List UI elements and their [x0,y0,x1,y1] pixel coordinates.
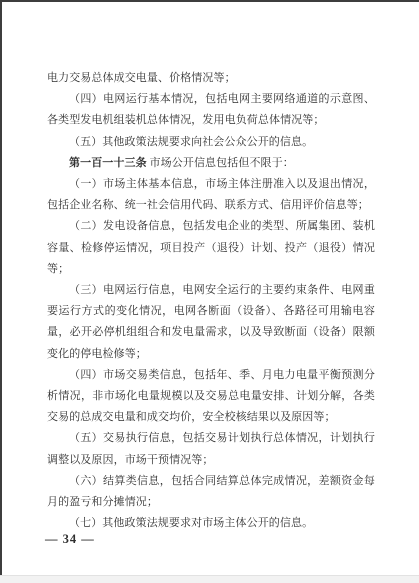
text-line: 变化的停电检修等； [47,344,375,365]
text-line: 电力交易总体成交电量、价格情况等； [47,68,375,89]
text-line: 月的盈亏和分摊情况； [47,492,375,513]
article-number: 第一百一十三条 [69,157,147,169]
text-line: （四）市场交易类信息，包括年、季、月电力电量平衡预测分 [47,365,375,386]
text-line: 各类型发电机组装机总体情况，发用电负荷总体情况等； [47,110,375,131]
page-number: — 34 — [45,532,95,547]
text-line: （五）其他政策法规要求向社会公众公开的信息。 [47,132,375,153]
text-line: 包括企业名称、统一社会信用代码、联系方式、信用评价信息等； [47,195,375,216]
document-body: 电力交易总体成交电量、价格情况等；（四）电网运行基本情况，包括电网主要网络通道的… [47,68,375,534]
text-line: 第一百一十三条 市场公开信息包括但不限于： [47,153,375,174]
page-outside-strip [0,575,419,583]
document-viewer: 电力交易总体成交电量、价格情况等；（四）电网运行基本情况，包括电网主要网络通道的… [0,0,419,583]
text-line: （四）电网运行基本情况，包括电网主要网络通道的示意图、 [47,89,375,110]
text-line: 量，必开必停机组组合和发电量需求，以及导致断面（设备）限额 [47,322,375,343]
text-line: （三）电网运行信息，电网安全运行的主要约束条件、电网重 [47,280,375,301]
text-line: 析情况，非市场化电量规模以及交易总电量安排、计划分解，各类 [47,386,375,407]
text-line: 调整以及原因，市场干预情况等； [47,450,375,471]
text-line: 等； [47,259,375,280]
text-line: 要运行方式的变化情况，电网各断面（设备）、各路径可用输电容 [47,301,375,322]
text-line: （一）市场主体基本信息，市场主体注册准入以及退出情况， [47,174,375,195]
text-line: （二）发电设备信息，包括发电企业的类型、所属集团、装机 [47,216,375,237]
text-line: 交易的总成交电量和成交均价，安全校核结果以及原因等； [47,407,375,428]
text-line: （六）结算类信息，包括合同结算总体完成情况，差额资金每 [47,471,375,492]
text-line: （七）其他政策法规要求对市场主体公开的信息。 [47,513,375,534]
document-page: 电力交易总体成交电量、价格情况等；（四）电网运行基本情况，包括电网主要网络通道的… [0,0,419,575]
text-line: （五）交易执行信息，包括交易计划执行总体情况，计划执行 [47,428,375,449]
text-line: 容量、检修停运情况，项目投产（退役）计划、投产（退役）情况 [47,238,375,259]
